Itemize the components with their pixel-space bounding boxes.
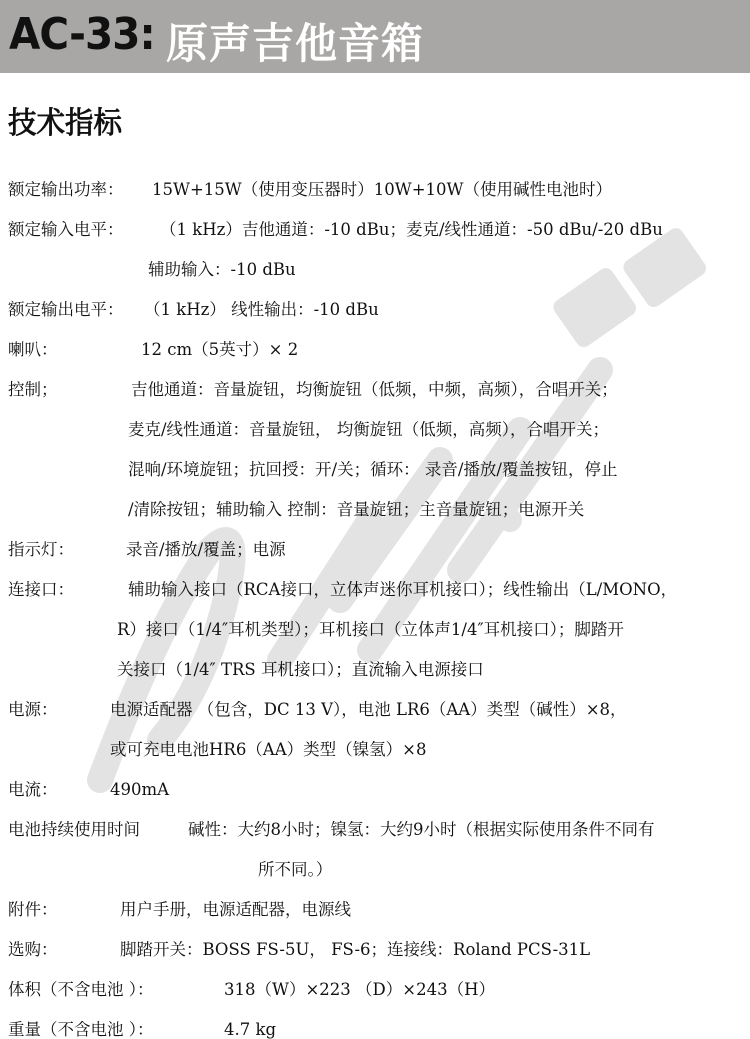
spec-label: 连接口：	[8, 580, 74, 600]
spec-label: 电池持续使用时间	[8, 820, 140, 840]
spec-value: 4.7 kg	[224, 1020, 276, 1039]
spec-value: R）接口（1/4″耳机类型）；耳机接口（立体声1/4″耳机接口）；脚踏开	[117, 620, 624, 640]
spec-value: 或可充电电池HR6（AA）类型（镍氢）×8	[110, 740, 426, 760]
spec-label: 附件：	[8, 900, 58, 920]
spec-value: 关接口（1/4″ TRS 耳机接口）；直流输入电源接口	[117, 660, 484, 680]
spec-label: 重量（不含电池 ）：	[8, 1020, 154, 1039]
spec-value: 辅助输入接口（RCA接口，立体声迷你耳机接口）；线性输出（L/MONO，	[128, 580, 677, 600]
section-title: 技术指标	[8, 98, 122, 142]
spec-label: 指示灯：	[8, 540, 74, 560]
spec-value: 用户手册，电源适配器，电源线	[120, 900, 351, 920]
spec-value: 490mA	[110, 780, 169, 800]
spec-label: 额定输出电平：	[8, 300, 124, 320]
spec-value: 混响/环境旋钮；抗回授：开/关；循环： 录音/播放/覆盖按钮，停止	[128, 460, 617, 480]
spec-label: 额定输入电平：	[8, 220, 124, 240]
spec-label: 电源：	[8, 700, 58, 720]
spec-value: /清除按钮；辅助输入 控制：音量旋钮；主音量旋钮；电源开关	[128, 500, 584, 520]
spec-label: 控制；	[8, 380, 58, 400]
spec-value: 吉他通道：音量旋钮，均衡旋钮（低频，中频，高频），合唱开关；	[131, 380, 618, 400]
header-banner: AC-33: 原声吉他音箱	[0, 0, 750, 73]
spec-value: 麦克/线性通道：音量旋钮， 均衡旋钮（低频，高频），合唱开关；	[128, 420, 609, 440]
spec-value: 电源适配器 （包含，DC 13 V），电池 LR6（AA）类型（碱性）×8，	[110, 700, 627, 720]
spec-value: 碱性：大约8小时；镍氢：大约9小时（根据实际使用条件不同有	[188, 820, 655, 840]
spec-value: 12 cm（5英寸）× 2	[141, 340, 298, 360]
product-title: 原声吉他音箱	[166, 11, 424, 71]
spec-value: 318（W）×223 （D）×243（H）	[224, 980, 495, 1000]
spec-label: 喇叭：	[8, 340, 58, 360]
model-name: AC-33:	[9, 9, 155, 60]
spec-value: 录音/播放/覆盖；电源	[126, 540, 286, 560]
spec-value: 所不同。）	[258, 860, 332, 880]
spec-value: 15W+15W（使用变压器时）10W+10W（使用碱性电池时）	[152, 180, 612, 200]
spec-value: 脚踏开关：BOSS FS-5U， FS-6；连接线：Roland PCS-31L	[120, 940, 590, 960]
spec-label: 额定输出功率：	[8, 180, 124, 200]
spec-label: 选购：	[8, 940, 58, 960]
spec-value: （1 kHz） 线性输出：-10 dBu	[144, 300, 379, 320]
spec-label: 体积（不含电池 ）：	[8, 980, 154, 1000]
spec-value: 辅助输入：-10 dBu	[148, 260, 296, 280]
spec-value: （1 kHz）吉他通道：-10 dBu；麦克/线性通道：-50 dBu/-20 …	[160, 220, 663, 240]
spec-label: 电流：	[8, 780, 58, 800]
